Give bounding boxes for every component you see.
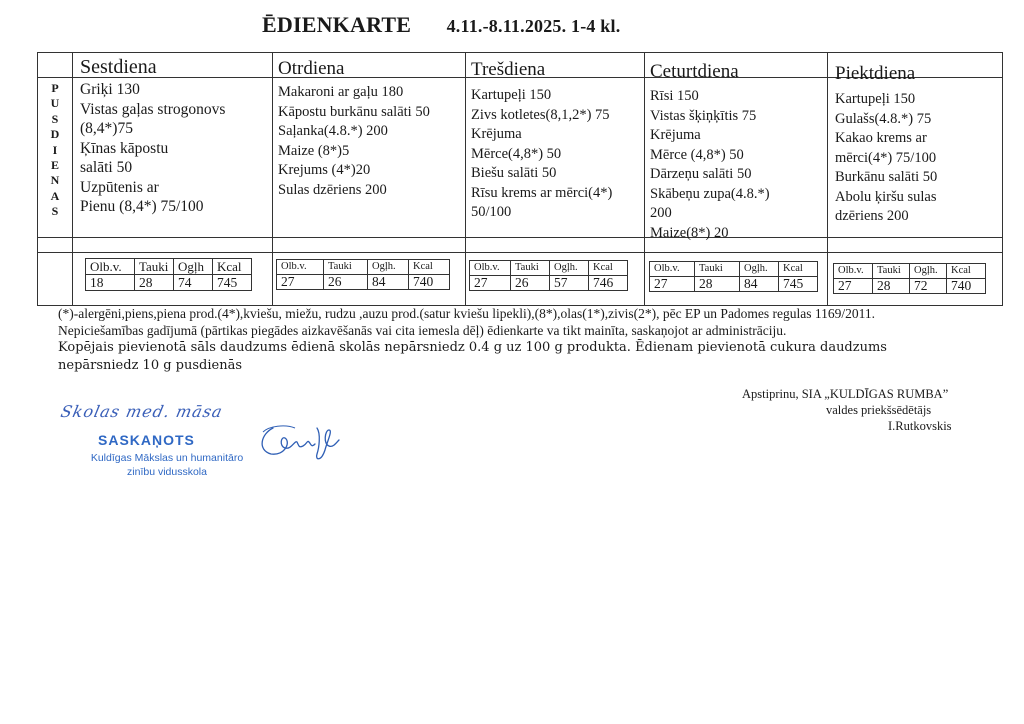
nutrition-olbv: 27 xyxy=(277,275,324,290)
dish-item: Vistas gaļas strogonovs xyxy=(80,100,225,120)
nutrition-tauki: 26 xyxy=(511,276,550,291)
dish-item: Mērce(4,8*) 50 xyxy=(471,145,612,165)
column-divider xyxy=(465,53,466,305)
dish-item: 200 xyxy=(650,204,770,224)
nutrition-kcal: 740 xyxy=(409,275,450,290)
day-header-ceturtdiena: Ceturtdiena xyxy=(650,61,739,83)
nutrition-table-ceturtdiena: Olb.v. Tauki Ogļh. Kcal 27 28 84 745 xyxy=(649,261,818,292)
nutrition-header: Olb.v. xyxy=(470,261,511,276)
column-divider xyxy=(72,53,73,305)
dish-item: Krējuma xyxy=(650,126,770,146)
menu-title: ĒDIENKARTE xyxy=(262,12,411,37)
dish-item: Makaroni ar gaļu 180 xyxy=(278,83,430,103)
nutrition-header: Ogļh. xyxy=(550,261,589,276)
stamp-approved: SASKAŅOTS xyxy=(98,432,195,448)
dish-item: (8,4*)75 xyxy=(80,119,225,139)
dish-item: Sulas dzēriens 200 xyxy=(278,181,430,201)
nutrition-table-otrdiena: Olb.v. Tauki Ogļh. Kcal 27 26 84 740 xyxy=(276,259,450,290)
nutrition-kcal: 746 xyxy=(589,276,628,291)
nutrition-header: Ogļh. xyxy=(368,260,409,275)
nutrition-header: Kcal xyxy=(213,259,252,275)
dish-item: Abolu ķiršu sulas xyxy=(835,188,937,208)
dish-item: Zivs kotletes(8,1,2*) 75 xyxy=(471,106,612,126)
dish-list-otrdiena: Makaroni ar gaļu 180 Kāpostu burkānu sal… xyxy=(278,83,430,200)
dish-list-tresdiena: Kartupeļi 150 Zivs kotletes(8,1,2*) 75 K… xyxy=(471,86,612,223)
nutrition-kcal: 740 xyxy=(947,279,986,294)
day-header-otrdiena: Otrdiena xyxy=(278,58,344,80)
dish-item: Rīsi 150 xyxy=(650,87,770,107)
dish-list-sestdiena: Griķi 130 Vistas gaļas strogonovs (8,4*)… xyxy=(80,80,225,217)
dish-item: Kartupeļi 150 xyxy=(471,86,612,106)
nutrition-oglh: 84 xyxy=(368,275,409,290)
approval-block: Apstiprinu, SIA „KULDĪGAS RUMBA” valdes … xyxy=(742,386,952,434)
nutrition-kcal: 745 xyxy=(213,275,252,291)
dish-item: Pienu (8,4*) 75/100 xyxy=(80,197,225,217)
stamp-school: Kuldīgas Mākslas un humanitāro zinību vi… xyxy=(67,451,267,479)
nutrition-tauki: 28 xyxy=(695,277,740,292)
dish-item: Krējuma xyxy=(471,125,612,145)
nutrition-header: Tauki xyxy=(135,259,174,275)
dish-item: Kakao krems ar xyxy=(835,129,937,149)
dish-item: mērci(4*) 75/100 xyxy=(835,149,937,169)
dish-item: Gulašs(4.8.*) 75 xyxy=(835,110,937,130)
nutrition-oglh: 72 xyxy=(910,279,947,294)
allergen-note: (*)-alergēni,piens,piena prod.(4*),kvieš… xyxy=(58,306,988,323)
approval-line: Apstiprinu, SIA „KULDĪGAS RUMBA” xyxy=(742,386,952,402)
dish-item: 50/100 xyxy=(471,203,612,223)
nutrition-olbv: 27 xyxy=(834,279,873,294)
row-divider xyxy=(38,252,1002,253)
nutrition-tauki: 26 xyxy=(324,275,368,290)
nutrition-tauki: 28 xyxy=(873,279,910,294)
nutrition-header: Tauki xyxy=(873,264,910,279)
nutrition-table-tresdiena: Olb.v. Tauki Ogļh. Kcal 27 26 57 746 xyxy=(469,260,628,291)
nutrition-olbv: 27 xyxy=(470,276,511,291)
nutrition-header: Ogļh xyxy=(174,259,213,275)
dish-item: Mērce (4,8*) 50 xyxy=(650,146,770,166)
nutrition-header: Kcal xyxy=(779,262,818,277)
dish-item: Vistas šķiņķītis 75 xyxy=(650,107,770,127)
dish-item: Kartupeļi 150 xyxy=(835,90,937,110)
dish-item: Saļanka(4.8.*) 200 xyxy=(278,122,430,142)
dish-item: Kāpostu burkānu salāti 50 xyxy=(278,103,430,123)
nutrition-oglh: 74 xyxy=(174,275,213,291)
sugar-note: nepārsniedz 10 g pusdienās xyxy=(58,357,988,375)
column-divider xyxy=(827,53,828,305)
nutrition-oglh: 84 xyxy=(740,277,779,292)
dish-item: dzēriens 200 xyxy=(835,207,937,227)
dish-item: Maize (8*)5 xyxy=(278,142,430,162)
day-header-tresdiena: Trešdiena xyxy=(471,59,545,81)
footnotes: (*)-alergēni,piens,piena prod.(4*),kvieš… xyxy=(58,306,988,375)
dish-item: Burkānu salāti 50 xyxy=(835,168,937,188)
dish-list-piektdiena: Kartupeļi 150 Gulašs(4.8.*) 75 Kakao kre… xyxy=(835,90,937,227)
nutrition-header: Ogļh. xyxy=(740,262,779,277)
nutrition-header: Tauki xyxy=(324,260,368,275)
nutrition-header: Olb.v. xyxy=(86,259,135,275)
nutrition-header: Olb.v. xyxy=(834,264,873,279)
dish-item: Skābeņu zupa(4.8.*) xyxy=(650,185,770,205)
nutrition-oglh: 57 xyxy=(550,276,589,291)
nutrition-header: Ogļh. xyxy=(910,264,947,279)
nutrition-header: Tauki xyxy=(695,262,740,277)
meal-label-pusdienas: PUS DIE NAS xyxy=(38,81,72,220)
day-header-sestdiena: Sestdiena xyxy=(80,56,157,78)
handwritten-note: Skolas med. māsa xyxy=(59,402,225,421)
row-divider xyxy=(38,237,1002,238)
dish-item: Uzpūtenis ar xyxy=(80,178,225,198)
column-divider xyxy=(272,53,273,305)
approval-name: I.Rutkovskis xyxy=(742,418,952,434)
nutrition-olbv: 27 xyxy=(650,277,695,292)
nutrition-header: Kcal xyxy=(589,261,628,276)
dish-item: Rīsu krems ar mērci(4*) xyxy=(471,184,612,204)
dish-item: Maize(8*) 20 xyxy=(650,224,770,244)
signature-icon xyxy=(255,420,345,465)
salt-note: Kopējais pievienotā sāls daudzums ēdienā… xyxy=(58,339,988,357)
approval-position: valdes priekšsēdētājs xyxy=(742,402,952,418)
menu-table: PUS DIE NAS Sestdiena Otrdiena Trešdiena… xyxy=(37,52,1003,306)
nutrition-header: Kcal xyxy=(947,264,986,279)
dish-item: Biešu salāti 50 xyxy=(471,164,612,184)
nutrition-tauki: 28 xyxy=(135,275,174,291)
day-header-piektdiena: Piektdiena xyxy=(835,63,915,85)
dish-item: Griķi 130 xyxy=(80,80,225,100)
nutrition-table-piektdiena: Olb.v. Tauki Ogļh. Kcal 27 28 72 740 xyxy=(833,263,986,294)
nutrition-header: Olb.v. xyxy=(277,260,324,275)
column-divider xyxy=(644,53,645,305)
dish-item: Krejums (4*)20 xyxy=(278,161,430,181)
menu-dates: 4.11.-8.11.2025. 1-4 kl. xyxy=(447,16,621,36)
nutrition-table-sestdiena: Olb.v. Tauki Ogļh Kcal 18 28 74 745 xyxy=(85,258,252,291)
dish-item: Dārzeņu salāti 50 xyxy=(650,165,770,185)
nutrition-header: Kcal xyxy=(409,260,450,275)
document-title: ĒDIENKARTE 4.11.-8.11.2025. 1-4 kl. xyxy=(262,12,620,38)
nutrition-header: Olb.v. xyxy=(650,262,695,277)
nutrition-header: Tauki xyxy=(511,261,550,276)
nutrition-kcal: 745 xyxy=(779,277,818,292)
dish-list-ceturtdiena: Rīsi 150 Vistas šķiņķītis 75 Krējuma Mēr… xyxy=(650,87,770,243)
nutrition-olbv: 18 xyxy=(86,275,135,291)
dish-item: salāti 50 xyxy=(80,158,225,178)
change-note: Nepiciešamības gadījumā (pārtikas piegād… xyxy=(58,323,988,340)
dish-item: Ķīnas kāpostu xyxy=(80,139,225,159)
